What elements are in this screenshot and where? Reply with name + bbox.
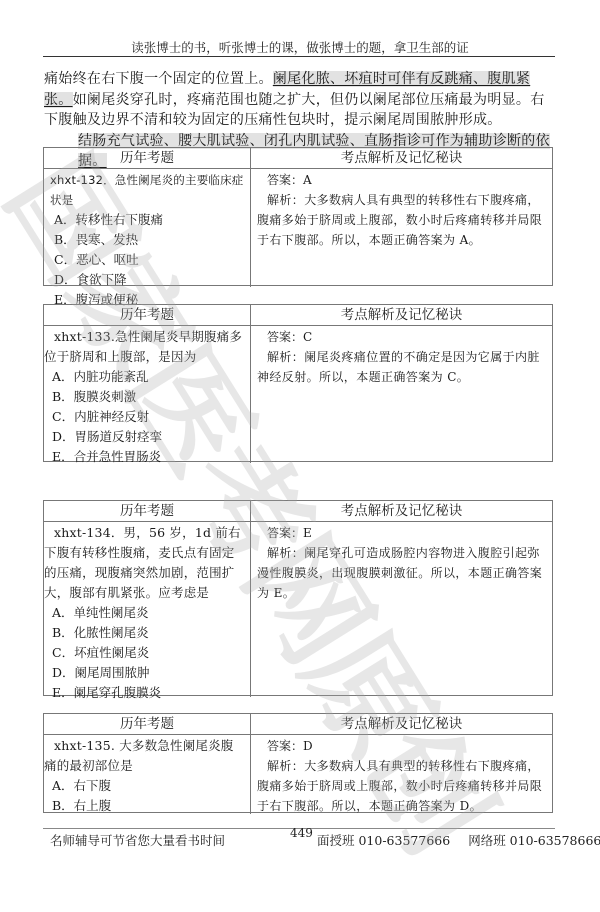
question-cell: xhxt-134．男，56 岁，1d 前右下腹有转移性腹痛，麦氏点有固定的压痛，…: [44, 522, 251, 697]
option-e: E．合并急性胃肠炎: [44, 447, 246, 467]
question-table-133: 历年考题 考点解析及记忆秘诀 xhxt-133.急性阑尾炎早期腹痛多位于脐周和上…: [43, 304, 553, 462]
header-divider: [43, 56, 555, 57]
intro-tail-text: 如阑尾炎穿孔时，疼痛范围也随之扩大，但仍以阑尾部位压痛最为明显。右下腹触及边界不…: [44, 92, 545, 129]
header-past-questions: 历年考题: [44, 501, 251, 521]
analysis-cell: 答案：E 解析：阑尾穿孔可造成肠腔内容物进入腹腔引起弥漫性腹膜炎，出现腹膜刺激征…: [251, 522, 552, 697]
option-c: C．内脏神经反射: [44, 407, 246, 427]
running-header: 读张博士的书，听张博士的课，做张博士的题，拿卫生部的证: [0, 38, 600, 56]
intro-plain-text: 痛始终在右下腹一个固定的位置上。: [44, 71, 273, 87]
header-analysis: 考点解析及记忆秘诀: [251, 305, 552, 325]
option-d: D．阑尾周围脓肿: [44, 663, 246, 683]
table-body: xhxt-133.急性阑尾炎早期腹痛多位于脐周和上腹部，是因为 A．内脏功能紊乱…: [44, 326, 552, 463]
table-header: 历年考题 考点解析及记忆秘诀: [44, 501, 552, 522]
header-analysis: 考点解析及记忆秘诀: [251, 501, 552, 521]
answer-text: 答案：C: [257, 327, 546, 347]
table-body: xhxt-135. 大多数急性阑尾炎腹痛的最初部位是 A．右下腹 B．右上腹 答…: [44, 735, 552, 814]
option-c: C．恶心、呕吐: [50, 250, 246, 270]
question-stem: xhxt-135. 大多数急性阑尾炎腹痛的最初部位是: [44, 736, 246, 776]
option-c: C．坏疽性阑尾炎: [44, 643, 246, 663]
page-number: 449: [290, 826, 313, 840]
explanation-text: 解析：大多数病人具有典型的转移性右下腹疼痛，腹痛多始于脐周或上腹部，数小时后疼痛…: [257, 190, 546, 250]
answer-text: 答案：D: [257, 736, 546, 756]
answer-text: 答案：A: [257, 170, 546, 190]
option-a: A．单纯性阑尾炎: [44, 603, 246, 623]
question-cell: xhxt-135. 大多数急性阑尾炎腹痛的最初部位是 A．右下腹 B．右上腹: [44, 735, 251, 814]
question-table-132: 历年考题 考点解析及记忆秘诀 xhxt-132．急性阑尾炎的主要临床症状是 A．…: [43, 147, 553, 286]
answer-text: 答案：E: [257, 523, 546, 543]
question-table-134: 历年考题 考点解析及记忆秘诀 xhxt-134．男，56 岁，1d 前右下腹有转…: [43, 500, 553, 696]
option-a: A．内脏功能紊乱: [44, 367, 246, 387]
question-cell: xhxt-132．急性阑尾炎的主要临床症状是 A．转移性右下腹痛 B．畏寒、发热…: [44, 169, 251, 287]
option-e: E．阑尾穿孔腹膜炎: [44, 683, 246, 703]
question-cell: xhxt-133.急性阑尾炎早期腹痛多位于脐周和上腹部，是因为 A．内脏功能紊乱…: [44, 326, 251, 463]
table-header: 历年考题 考点解析及记忆秘诀: [44, 305, 552, 326]
analysis-cell: 答案：C 解析：阑尾炎疼痛位置的不确定是因为它属于内脏神经反射。所以，本题正确答…: [251, 326, 552, 463]
table-body: xhxt-134．男，56 岁，1d 前右下腹有转移性腹痛，麦氏点有固定的压痛，…: [44, 522, 552, 697]
contact-inperson: 面授班 010-63577666: [317, 833, 450, 848]
table-header: 历年考题 考点解析及记忆秘诀: [44, 148, 552, 169]
header-analysis: 考点解析及记忆秘诀: [251, 148, 552, 168]
header-analysis: 考点解析及记忆秘诀: [251, 714, 552, 734]
option-a: A．右下腹: [44, 776, 246, 796]
question-table-135: 历年考题 考点解析及记忆秘诀 xhxt-135. 大多数急性阑尾炎腹痛的最初部位…: [43, 713, 553, 813]
option-b: B．化脓性阑尾炎: [44, 623, 246, 643]
explanation-text: 解析：阑尾穿孔可造成肠腔内容物进入腹腔引起弥漫性腹膜炎，出现腹膜刺激征。所以，本…: [257, 543, 546, 603]
header-past-questions: 历年考题: [44, 714, 251, 734]
question-stem: xhxt-133.急性阑尾炎早期腹痛多位于脐周和上腹部，是因为: [44, 327, 246, 367]
intro-text: 痛始终在右下腹一个固定的位置上。阑尾化脓、坏疽时可伴有反跳痛、腹肌紧张。如阑尾炎…: [44, 69, 554, 131]
footer-slogan: 名师辅导可节省您大量看书时间: [50, 831, 225, 849]
explanation-text: 解析：阑尾炎疼痛位置的不确定是因为它属于内脏神经反射。所以，本题正确答案为 C。: [257, 347, 546, 387]
analysis-cell: 答案：A 解析：大多数病人具有典型的转移性右下腹疼痛，腹痛多始于脐周或上腹部，数…: [251, 169, 552, 287]
option-b: B．腹膜炎刺激: [44, 387, 246, 407]
contact-online: 网络班 010-63578666: [468, 833, 600, 848]
option-b: B．畏寒、发热: [50, 230, 246, 250]
option-b: B．右上腹: [44, 796, 246, 816]
header-past-questions: 历年考题: [44, 305, 251, 325]
table-body: xhxt-132．急性阑尾炎的主要临床症状是 A．转移性右下腹痛 B．畏寒、发热…: [44, 169, 552, 287]
header-past-questions: 历年考题: [44, 148, 251, 168]
question-stem: xhxt-134．男，56 岁，1d 前右下腹有转移性腹痛，麦氏点有固定的压痛，…: [44, 523, 246, 603]
option-a: A．转移性右下腹痛: [50, 210, 246, 230]
question-stem: xhxt-132．急性阑尾炎的主要临床症状是: [50, 170, 246, 210]
analysis-cell: 答案：D 解析：大多数病人具有典型的转移性右下腹疼痛，腹痛多始于脐周或上腹部，数…: [251, 735, 552, 814]
option-d: D．胃肠道反射痉挛: [44, 427, 246, 447]
footer-contacts: 面授班 010-63577666网络班 010-63578666: [317, 831, 600, 849]
explanation-text: 解析：大多数病人具有典型的转移性右下腹疼痛，腹痛多始于脐周或上腹部，数小时后疼痛…: [257, 756, 546, 816]
option-d: D．食欲下降: [50, 270, 246, 290]
table-header: 历年考题 考点解析及记忆秘诀: [44, 714, 552, 735]
